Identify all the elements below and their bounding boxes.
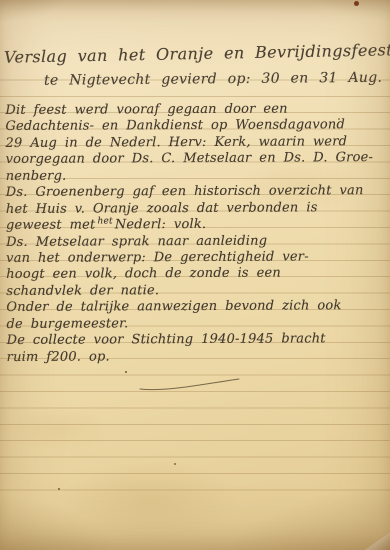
- line-pre-text: geweest met: [6, 218, 96, 233]
- paper-speck: [58, 488, 60, 490]
- manuscript-line: voorgegaan door Ds. C. Metselaar en Ds. …: [6, 150, 388, 168]
- paper-speck: [174, 463, 176, 465]
- inserted-word-above-line: het: [97, 217, 112, 227]
- manuscript-line: Gedachtenis- en Dankdienst op Woensdagav…: [5, 117, 387, 135]
- manuscript-line: Onder de talrijke aanwezigen bevond zich…: [6, 298, 388, 316]
- manuscript-line: nenberg.: [6, 167, 388, 185]
- manuscript-line: Ds. Metselaar sprak naar aanleiding: [6, 232, 388, 250]
- manuscript-line: Dit feest werd vooraf gegaan door een: [5, 101, 387, 119]
- manuscript-line: Ds. Groenenberg gaf een historisch overz…: [6, 183, 388, 201]
- manuscript-line: schandvlek der natie.: [6, 282, 388, 300]
- manuscript-page: Verslag van het Oranje en Bevrijdingsfee…: [0, 0, 390, 550]
- line-post-text: Nederl: volk.: [115, 217, 206, 232]
- manuscript-line: het Huis v. Oranje zooals dat verbonden …: [6, 200, 388, 218]
- manuscript-line: 29 Aug in de Nederl. Herv: Kerk, waarin …: [5, 134, 387, 152]
- pen-flourish-mark: [138, 376, 242, 394]
- report-title-line-1: Verslag van het Oranje en Bevrijdingsfee…: [4, 40, 390, 66]
- manuscript-line: ruim ƒ200. op.: [7, 348, 389, 366]
- manuscript-line: hoogt een volk, doch de zonde is een: [6, 265, 388, 283]
- manuscript-line: de burgemeester.: [6, 315, 388, 333]
- manuscript-line: van het onderwerp: De gerechtigheid ver-: [6, 249, 388, 267]
- page-corner-fold: [363, 532, 390, 550]
- report-body: Dit feest werd vooraf gegaan door een Ge…: [5, 101, 388, 366]
- report-title-line-2: te Nigtevecht gevierd op: 30 en 31 Aug. …: [44, 69, 390, 88]
- paper-speck: [338, 118, 340, 120]
- paper-speck: [125, 371, 127, 373]
- manuscript-line-with-insert: geweest methetNederl: volk.: [6, 216, 388, 234]
- red-ink-speck: [354, 1, 359, 6]
- manuscript-line: De collecte voor Stichting 1940-1945 bra…: [7, 331, 389, 349]
